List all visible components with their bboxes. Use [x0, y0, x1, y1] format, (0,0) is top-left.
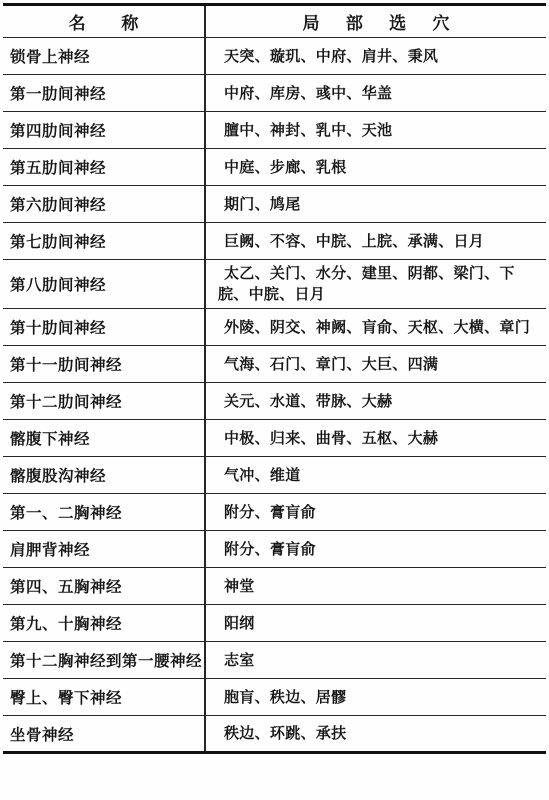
- nerve-acupoint-table: 名称 局部选穴 锁骨上神经天突、璇玑、中府、肩井、秉风第一肋间神经中府、库房、彧…: [3, 3, 546, 754]
- acupoints-cell: 神堂: [205, 568, 546, 605]
- acupoints-cell: 气海、石门、章门、大巨、四满: [205, 346, 546, 383]
- acupoints-cell: 阳纲: [205, 605, 546, 642]
- acupoints-cell: 关元、水道、带脉、大赫: [205, 383, 546, 420]
- acupoints-cell: 膻中、神封、乳中、天池: [205, 112, 546, 149]
- nerve-name-cell: 第九、十胸神经: [3, 605, 205, 642]
- table-row: 臀上、臀下神经胞肓、秩边、居髎: [3, 679, 546, 716]
- header-row: 名称 局部选穴: [3, 5, 546, 38]
- acupoints-cell: 气冲、维道: [205, 457, 546, 494]
- table-row: 髂腹下神经中极、归来、曲骨、五枢、大赫: [3, 420, 546, 457]
- table-row: 第七肋间神经巨阙、不容、中脘、上脘、承满、日月: [3, 223, 546, 260]
- table-row: 第十肋间神经外陵、阴交、神阙、肓俞、天枢、大横、章门: [3, 309, 546, 346]
- column-header-points: 局部选穴: [205, 5, 546, 38]
- table-body: 锁骨上神经天突、璇玑、中府、肩井、秉风第一肋间神经中府、库房、彧中、华盖第四肋间…: [3, 38, 546, 753]
- nerve-name-cell: 坐骨神经: [3, 716, 205, 753]
- nerve-name-cell: 第七肋间神经: [3, 223, 205, 260]
- acupoints-cell: 秩边、环跳、承扶: [205, 716, 546, 753]
- acupoints-cell: 天突、璇玑、中府、肩井、秉风: [205, 38, 546, 75]
- acupoints-cell: 中庭、步廊、乳根: [205, 149, 546, 186]
- nerve-name-cell: 第十二胸神经到第一腰神经: [3, 642, 205, 679]
- table-row: 锁骨上神经天突、璇玑、中府、肩井、秉风: [3, 38, 546, 75]
- nerve-name-cell: 第一、二胸神经: [3, 494, 205, 531]
- acupoints-cell: 太乙、关门、水分、建里、阴都、梁门、下脘、中脘、日月: [205, 260, 546, 309]
- acupoints-cell: 巨阙、不容、中脘、上脘、承满、日月: [205, 223, 546, 260]
- table-row: 第八肋间神经太乙、关门、水分、建里、阴都、梁门、下脘、中脘、日月: [3, 260, 546, 309]
- table-row: 第十二胸神经到第一腰神经志室: [3, 642, 546, 679]
- acupoints-cell: 附分、膏肓俞: [205, 531, 546, 568]
- table-row: 第四肋间神经膻中、神封、乳中、天池: [3, 112, 546, 149]
- acupoints-cell: 中极、归来、曲骨、五枢、大赫: [205, 420, 546, 457]
- acupoints-cell: 附分、膏肓俞: [205, 494, 546, 531]
- column-header-points-label: 局部选穴: [276, 9, 476, 34]
- nerve-name-cell: 第一肋间神经: [3, 75, 205, 112]
- nerve-name-cell: 第四肋间神经: [3, 112, 205, 149]
- acupoints-cell: 志室: [205, 642, 546, 679]
- table-row: 第十一肋间神经气海、石门、章门、大巨、四满: [3, 346, 546, 383]
- nerve-name-cell: 第十二肋间神经: [3, 383, 205, 420]
- nerve-name-cell: 第八肋间神经: [3, 260, 205, 309]
- nerve-name-cell: 锁骨上神经: [3, 38, 205, 75]
- nerve-name-cell: 第十肋间神经: [3, 309, 205, 346]
- table-row: 髂腹股沟神经气冲、维道: [3, 457, 546, 494]
- table-row: 第四、五胸神经神堂: [3, 568, 546, 605]
- nerve-name-cell: 髂腹下神经: [3, 420, 205, 457]
- column-header-name-label: 名称: [33, 9, 174, 34]
- acupoints-cell: 中府、库房、彧中、华盖: [205, 75, 546, 112]
- acupoints-cell: 期门、鸠尾: [205, 186, 546, 223]
- table-row: 第一、二胸神经附分、膏肓俞: [3, 494, 546, 531]
- nerve-name-cell: 第十一肋间神经: [3, 346, 205, 383]
- table-header: 名称 局部选穴: [3, 5, 546, 38]
- nerve-name-cell: 肩胛背神经: [3, 531, 205, 568]
- scanned-book-page: 名称 局部选穴 锁骨上神经天突、璇玑、中府、肩井、秉风第一肋间神经中府、库房、彧…: [0, 0, 549, 800]
- table-row: 第十二肋间神经关元、水道、带脉、大赫: [3, 383, 546, 420]
- nerve-name-cell: 第五肋间神经: [3, 149, 205, 186]
- table-row: 肩胛背神经附分、膏肓俞: [3, 531, 546, 568]
- acupoints-cell: 外陵、阴交、神阙、肓俞、天枢、大横、章门: [205, 309, 546, 346]
- table-row: 第一肋间神经中府、库房、彧中、华盖: [3, 75, 546, 112]
- table-row: 第六肋间神经期门、鸠尾: [3, 186, 546, 223]
- nerve-name-cell: 髂腹股沟神经: [3, 457, 205, 494]
- nerve-name-cell: 第六肋间神经: [3, 186, 205, 223]
- nerve-name-cell: 臀上、臀下神经: [3, 679, 205, 716]
- table-row: 第九、十胸神经阳纲: [3, 605, 546, 642]
- nerve-name-cell: 第四、五胸神经: [3, 568, 205, 605]
- column-header-name: 名称: [3, 5, 205, 38]
- acupoints-cell: 胞肓、秩边、居髎: [205, 679, 546, 716]
- table-row: 第五肋间神经中庭、步廊、乳根: [3, 149, 546, 186]
- table-row: 坐骨神经秩边、环跳、承扶: [3, 716, 546, 753]
